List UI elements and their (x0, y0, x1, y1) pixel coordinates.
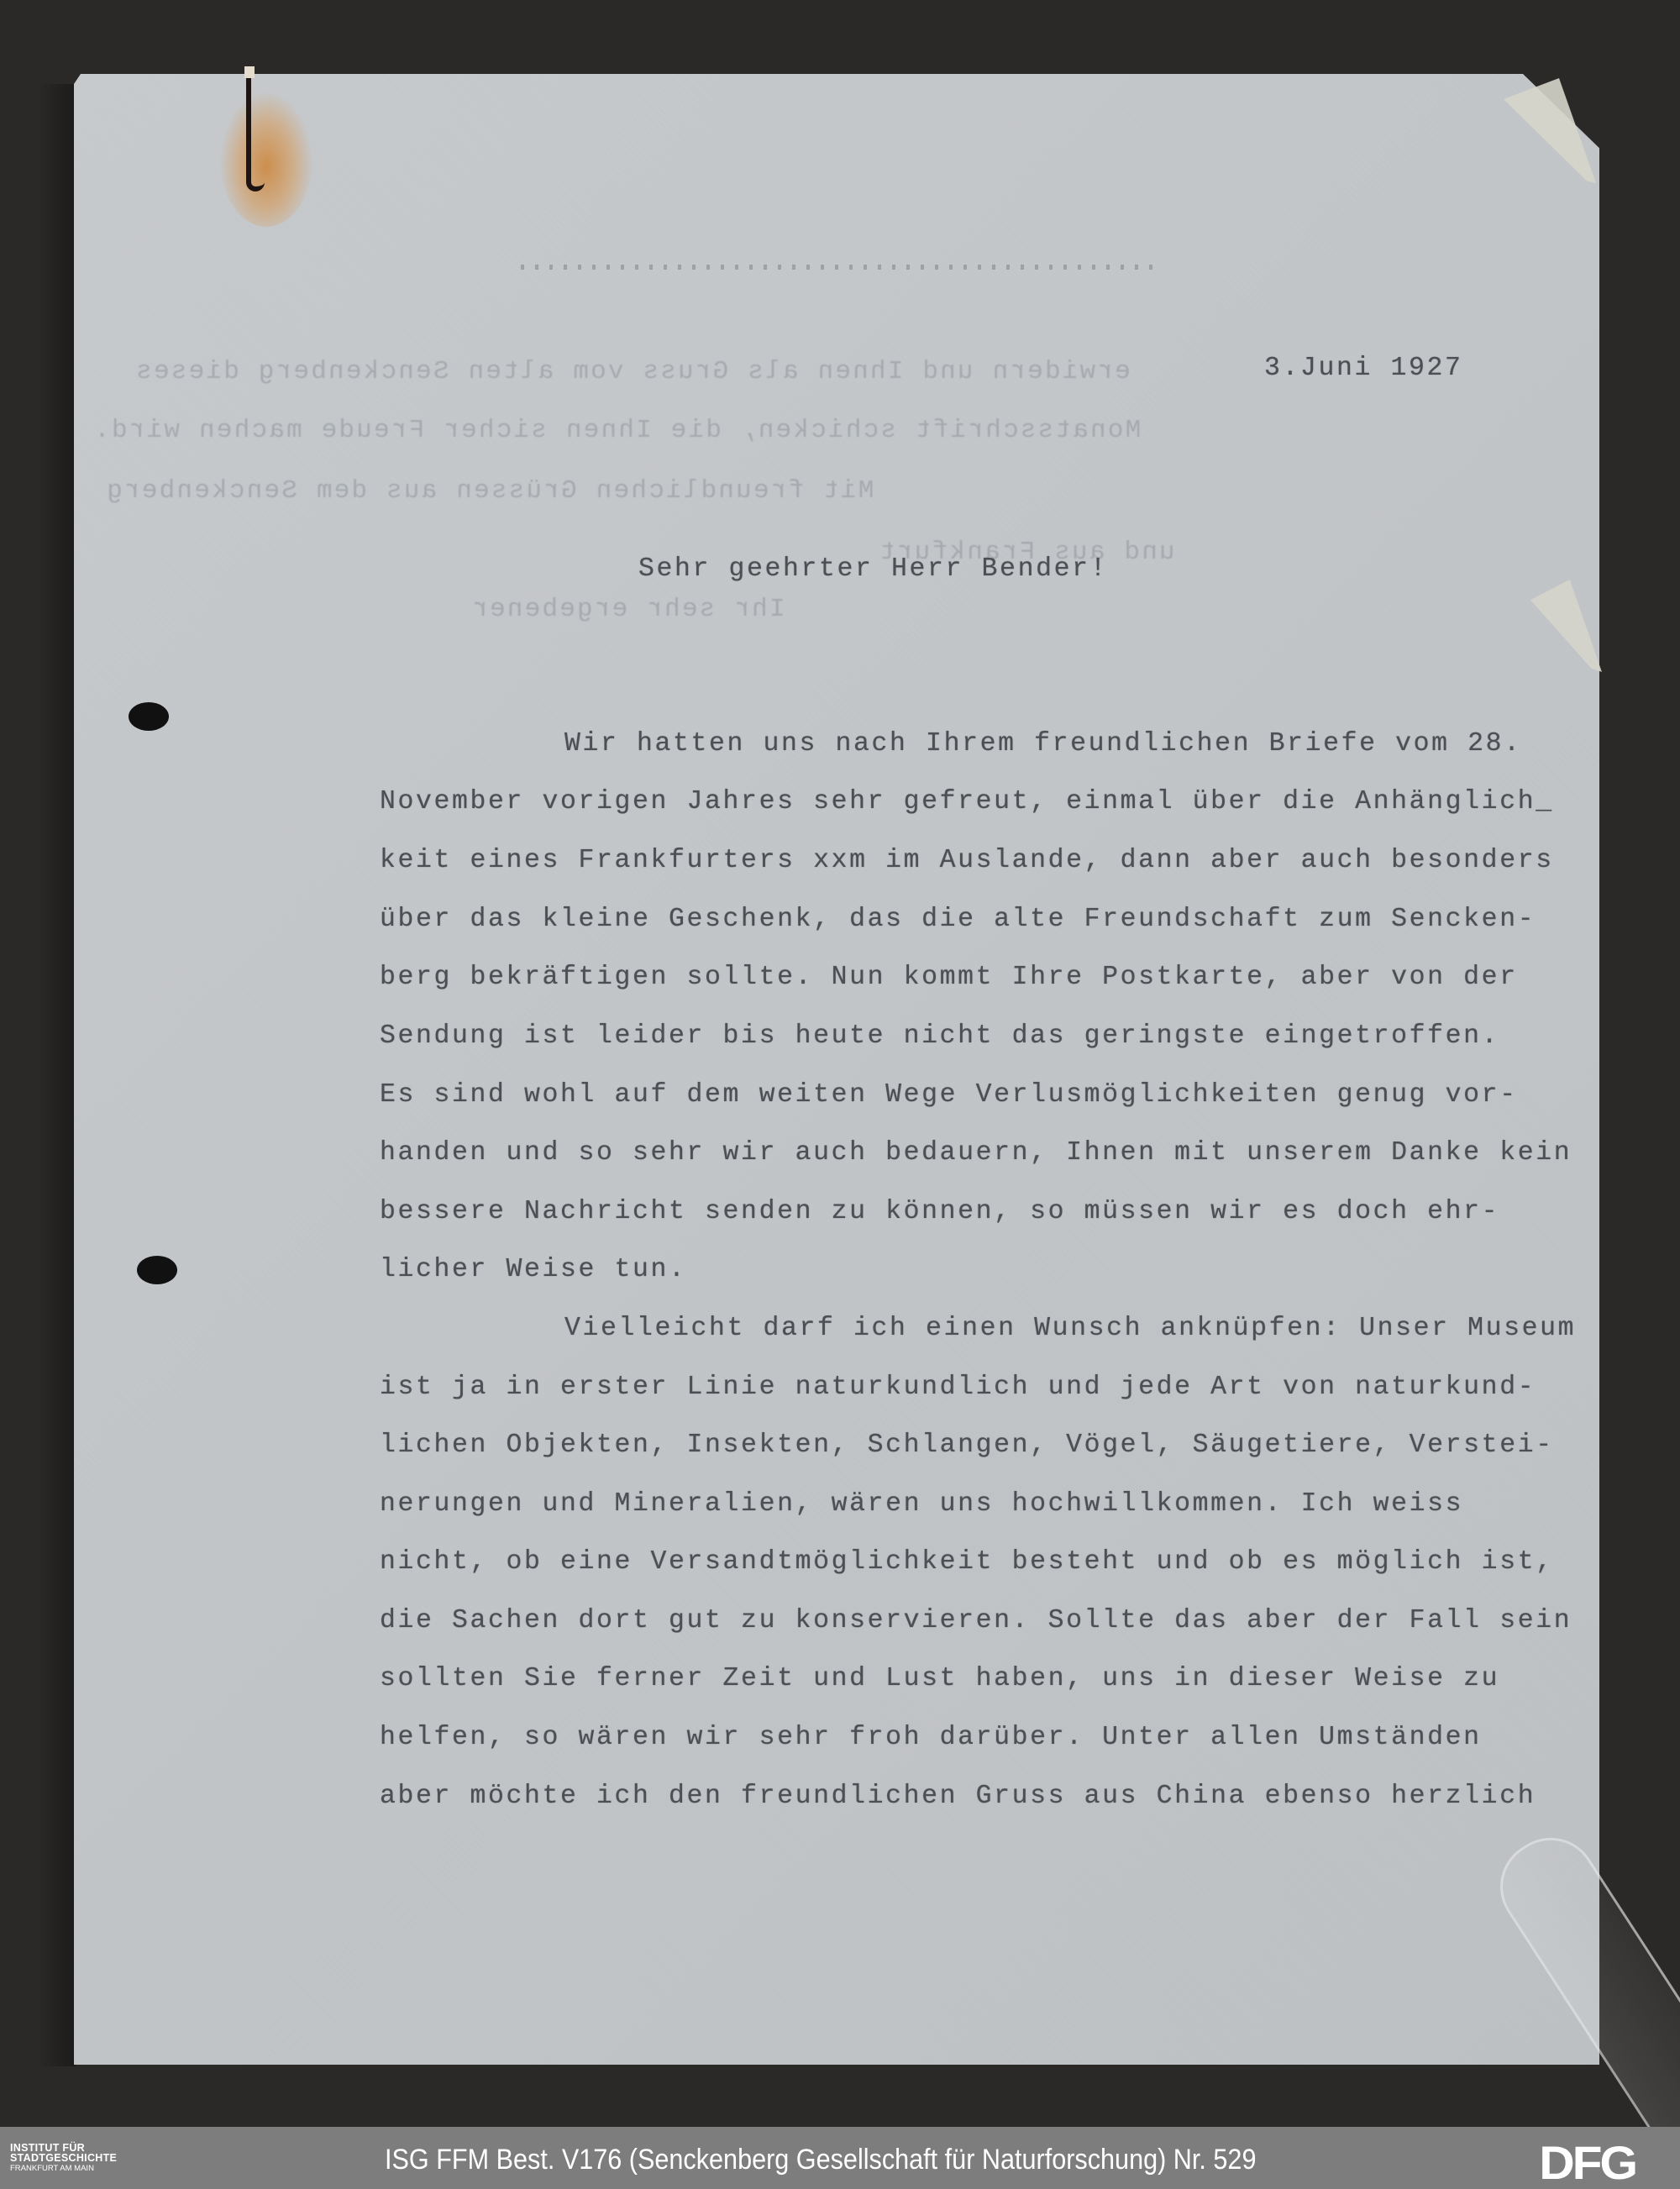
body-line: helfen, so wären wir sehr froh darüber. … (380, 1723, 1482, 1752)
staple-tear-mark (246, 77, 265, 192)
body-line: Vielleicht darf ich einen Wunsch anknüpf… (564, 1314, 1576, 1343)
body-line: keit eines Frankfurters xxm im Auslande,… (380, 846, 1554, 875)
body-line: nerungen und Mineralien, wären uns hochw… (380, 1489, 1463, 1519)
punch-hole-lower (137, 1256, 177, 1284)
dfg-logo: DFG (1539, 2135, 1635, 2189)
institute-city: FRANKFURT AM MAIN (10, 2164, 117, 2174)
show-through-line: erwidern und Ihnen als Gruss vom alten S… (134, 357, 1131, 386)
show-through-line: Ihr sehr ergebener (470, 595, 785, 624)
body-line: November vorigen Jahres sehr gefreut, ei… (380, 787, 1554, 816)
institute-logo: INSTITUT FÜR STADTGESCHICHTE FRANKFURT A… (10, 2143, 117, 2174)
show-through-line: Monatsschrift schicken, die Ihnen sicher… (92, 416, 1141, 445)
staple-remnant (244, 66, 255, 78)
body-line: Wir hatten uns nach Ihrem freundlichen B… (564, 729, 1522, 759)
letter-date: 3.Juni 1927 (1264, 354, 1463, 383)
faint-dotted-line (521, 265, 1159, 270)
body-line: sollten Sie ferner Zeit und Lust haben, … (380, 1664, 1499, 1693)
archive-caption: ISG FFM Best. V176 (Senckenberg Gesellsc… (385, 2144, 1256, 2176)
body-line: über das kleine Geschenk, das die alte F… (380, 905, 1536, 934)
body-line: nicht, ob eine Versandtmöglichkeit beste… (380, 1547, 1554, 1577)
body-line: licher Weise tun. (380, 1255, 687, 1284)
archive-footer-bar: INSTITUT FÜR STADTGESCHICHTE FRANKFURT A… (0, 2127, 1680, 2189)
body-line: Sendung ist leider bis heute nicht das g… (380, 1021, 1499, 1051)
rust-stain (220, 92, 312, 227)
body-line: die Sachen dort gut zu konservieren. Sol… (380, 1606, 1572, 1635)
institute-name-line2: STADTGESCHICHTE (10, 2153, 117, 2163)
body-line: lichen Objekten, Insekten, Schlangen, Vö… (380, 1430, 1554, 1460)
body-line: ist ja in erster Linie naturkundlich und… (380, 1373, 1536, 1402)
show-through-line: Mit freundlichen Grüssen aus dem Sencken… (105, 476, 874, 506)
body-line: aber möchte ich den freundlichen Gruss a… (380, 1782, 1536, 1811)
body-line: bessere Nachricht senden zu können, so m… (380, 1197, 1499, 1226)
paper-shadow (38, 84, 76, 2066)
punch-hole-upper (129, 702, 169, 731)
body-line: handen und so sehr wir auch bedauern, Ih… (380, 1138, 1572, 1168)
body-line: Es sind wohl auf dem weiten Wege Verlusm… (380, 1080, 1518, 1110)
letter-salutation: Sehr geehrter Herr Bender! (638, 554, 1108, 584)
body-line: berg bekräftigen sollte. Nun kommt Ihre … (380, 963, 1518, 992)
